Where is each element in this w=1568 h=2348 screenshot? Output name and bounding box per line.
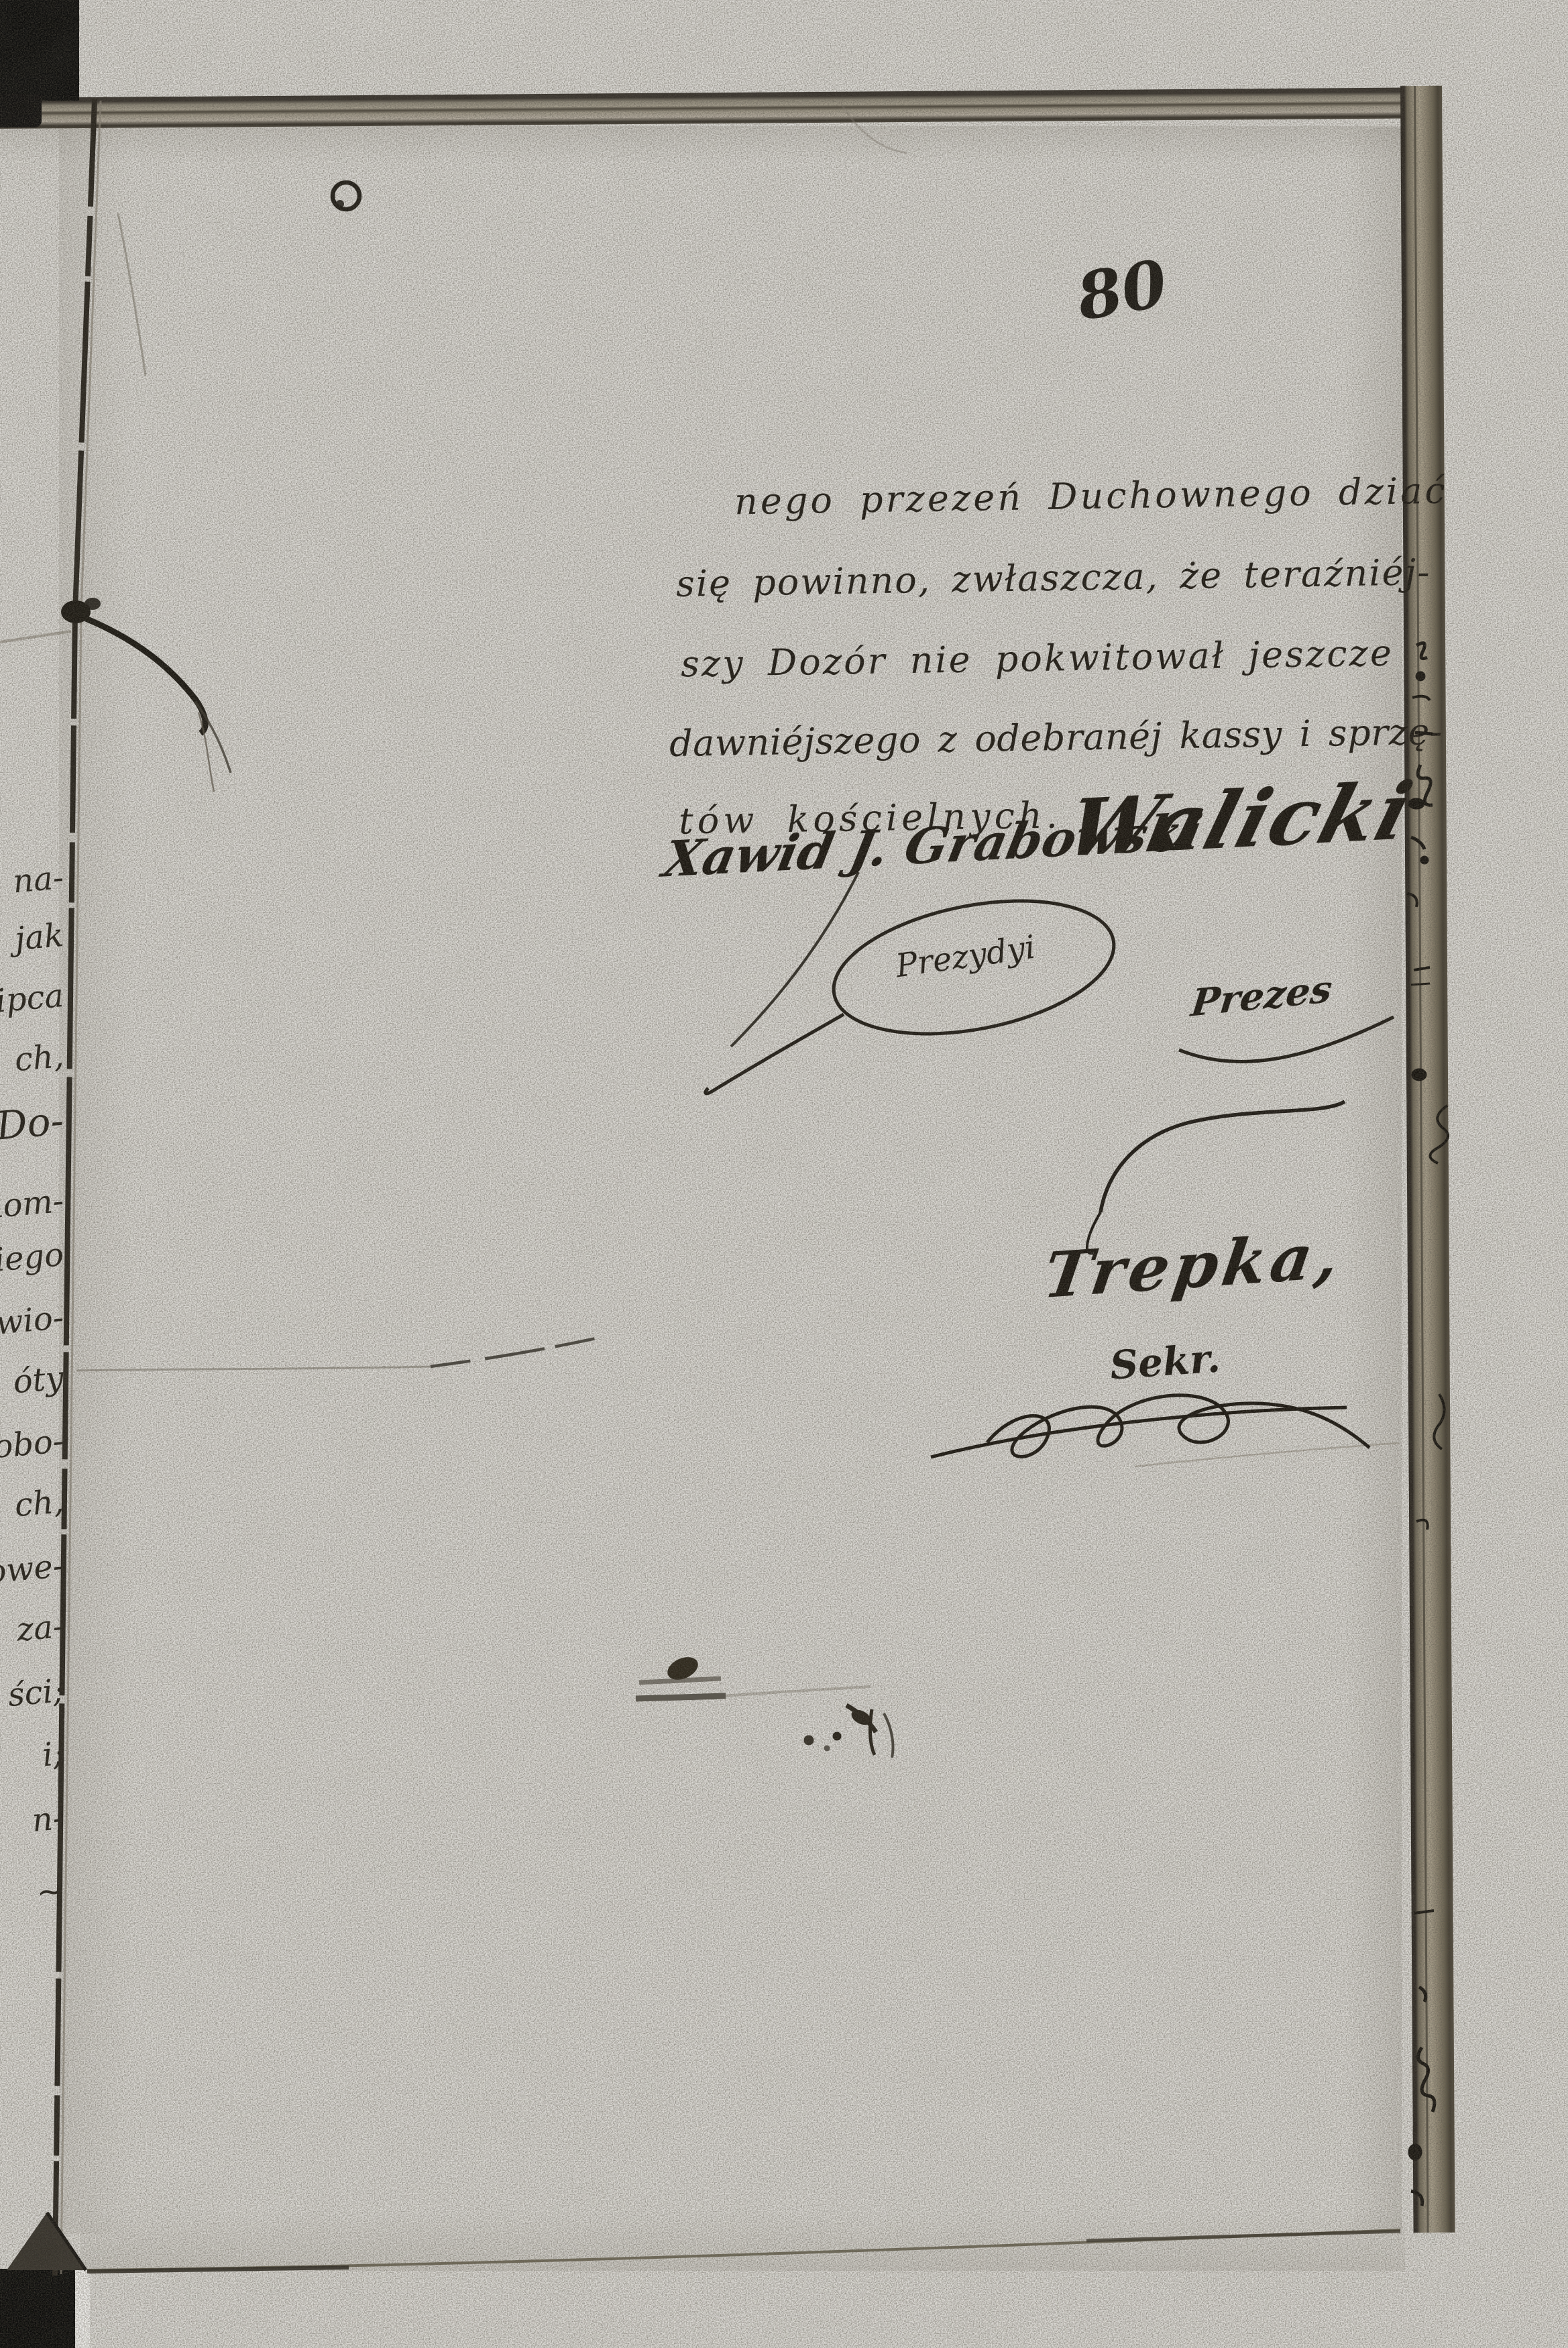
- page-right-edge-line: [1414, 86, 1429, 2233]
- manuscript-page: [0, 93, 1443, 2273]
- page-number: 80: [1071, 245, 1172, 335]
- margin-fragment: Do-: [0, 1098, 66, 1151]
- black-corner-top-left: [0, 0, 79, 101]
- bottom-left-light-sliver: [75, 2270, 90, 2348]
- black-corner-bottom-left: [0, 2269, 75, 2348]
- signature-trepka-title: Sekr.: [1109, 1335, 1222, 1388]
- document-scan: 80 nego przezeń Duchownego dziać się pow…: [0, 0, 1568, 2348]
- black-corner-top-left-lower: [0, 94, 42, 127]
- signature-walicki: Walicki: [1056, 764, 1422, 875]
